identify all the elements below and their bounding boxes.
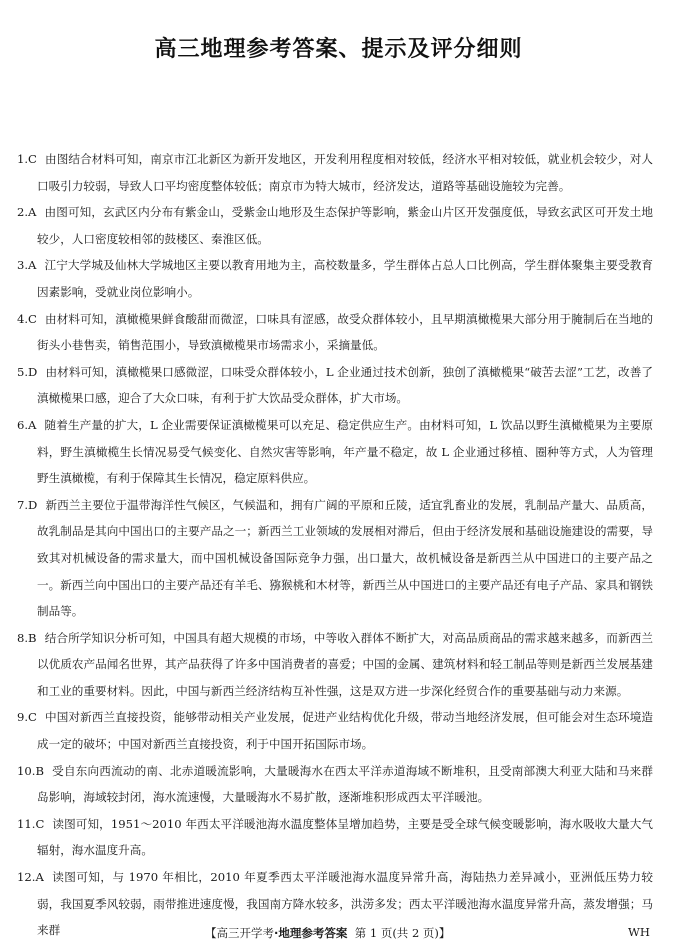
- answer-explanation: 新西兰主要位于温带海洋性气候区，气候温和，拥有广阔的平原和丘陵，适宜乳畜业的发展…: [37, 498, 653, 618]
- answer-explanation: 由图可知，玄武区内分布有紫金山，受紫金山地形及生态保护等影响，紫金山片区开发强度…: [37, 205, 653, 246]
- answer-explanation: 随着生产量的扩大，L 企业需要保证滇橄榄果可以充足、稳定供应生产。由材料可知，L…: [37, 418, 653, 485]
- answer-number: 12.A: [27, 864, 44, 891]
- answer-explanation: 江宁大学城及仙林大学城地区主要以教育用地为主，高校数量多，学生群体占总人口比例高…: [37, 258, 653, 299]
- answer-number: 5.D: [27, 359, 37, 386]
- answer-item-11: 11.C读图可知，1951～2010 年西太平洋暖池海水温度整体呈增加趋势，主要…: [27, 811, 653, 864]
- answer-number: 7.D: [27, 492, 37, 519]
- answer-number: 8.B: [27, 625, 37, 652]
- answer-explanation: 由材料可知，滇橄榄果口感微涩，口味受众群体较小，L 企业通过技术创新，独创了滇橄…: [37, 365, 653, 406]
- footer-page-number: 第 1 页(共 2 页): [355, 926, 439, 940]
- answer-number: 11.C: [27, 811, 44, 838]
- answer-item-10: 10.B受自东向西流动的南、北赤道暖流影响，大量暖海水在西太平洋赤道海域不断堆积…: [27, 758, 653, 811]
- answer-explanation: 由材料可知，滇橄榄果鲜食酸甜而微涩，口味具有涩感，故受众群体较小，且早期滇橄榄果…: [37, 312, 653, 353]
- answer-item-2: 2.A由图可知，玄武区内分布有紫金山，受紫金山地形及生态保护等影响，紫金山片区开…: [27, 199, 653, 252]
- footer-exam: 高三开学考: [217, 926, 275, 940]
- footer-bracket-left: 【: [205, 926, 217, 940]
- answer-number: 3.A: [27, 252, 36, 279]
- answer-explanation: 由图结合材料可知，南京市江北新区为新开发地区，开发利用程度相对较低，经济水平相对…: [37, 152, 653, 193]
- answer-number: 4.C: [27, 306, 37, 333]
- footer-label: 【高三开学考·地理参考答案 第 1 页(共 2 页)】: [205, 925, 450, 941]
- answer-item-9: 9.C中国对新西兰直接投资，能够带动相关产业发展，促进产业结构优化升级，带动当地…: [27, 704, 653, 757]
- answer-explanation: 读图可知，1951～2010 年西太平洋暖池海水温度整体呈增加趋势，主要是受全球…: [37, 817, 653, 858]
- answer-explanation: 结合所学知识分析可知，中国具有超大规模的市场，中等收入群体不断扩大，对高品质商品…: [37, 631, 653, 698]
- footer-subject: 地理参考答案: [278, 926, 347, 940]
- answer-list: 1.C由图结合材料可知，南京市江北新区为新开发地区，开发利用程度相对较低，经济水…: [27, 146, 653, 944]
- answer-number: 1.C: [27, 146, 37, 173]
- answer-item-7: 7.D新西兰主要位于温带海洋性气候区，气候温和，拥有广阔的平原和丘陵，适宜乳畜业…: [27, 492, 653, 625]
- answer-number: 9.C: [27, 704, 37, 731]
- answer-item-1: 1.C由图结合材料可知，南京市江北新区为新开发地区，开发利用程度相对较低，经济水…: [27, 146, 653, 199]
- footer-code: WH: [628, 925, 650, 939]
- answer-item-8: 8.B结合所学知识分析可知，中国具有超大规模的市场，中等收入群体不断扩大，对高品…: [27, 625, 653, 705]
- page-title: 高三地理参考答案、提示及评分细则: [0, 32, 677, 63]
- answer-number: 10.B: [27, 758, 44, 785]
- answer-explanation: 中国对新西兰直接投资，能够带动相关产业发展，促进产业结构优化升级，带动当地经济发…: [37, 710, 653, 751]
- answer-number: 2.A: [27, 199, 36, 226]
- answer-item-3: 3.A江宁大学城及仙林大学城地区主要以教育用地为主，高校数量多，学生群体占总人口…: [27, 252, 653, 305]
- answer-number: 6.A: [27, 412, 36, 439]
- answer-item-4: 4.C由材料可知，滇橄榄果鲜食酸甜而微涩，口味具有涩感，故受众群体较小，且早期滇…: [27, 306, 653, 359]
- answer-item-6: 6.A随着生产量的扩大，L 企业需要保证滇橄榄果可以充足、稳定供应生产。由材料可…: [27, 412, 653, 492]
- answer-item-5: 5.D由材料可知，滇橄榄果口感微涩，口味受众群体较小，L 企业通过技术创新，独创…: [27, 359, 653, 412]
- footer-bracket-right: 】: [439, 926, 451, 940]
- answer-explanation: 受自东向西流动的南、北赤道暖流影响，大量暖海水在西太平洋赤道海域不断堆积，且受南…: [37, 764, 653, 805]
